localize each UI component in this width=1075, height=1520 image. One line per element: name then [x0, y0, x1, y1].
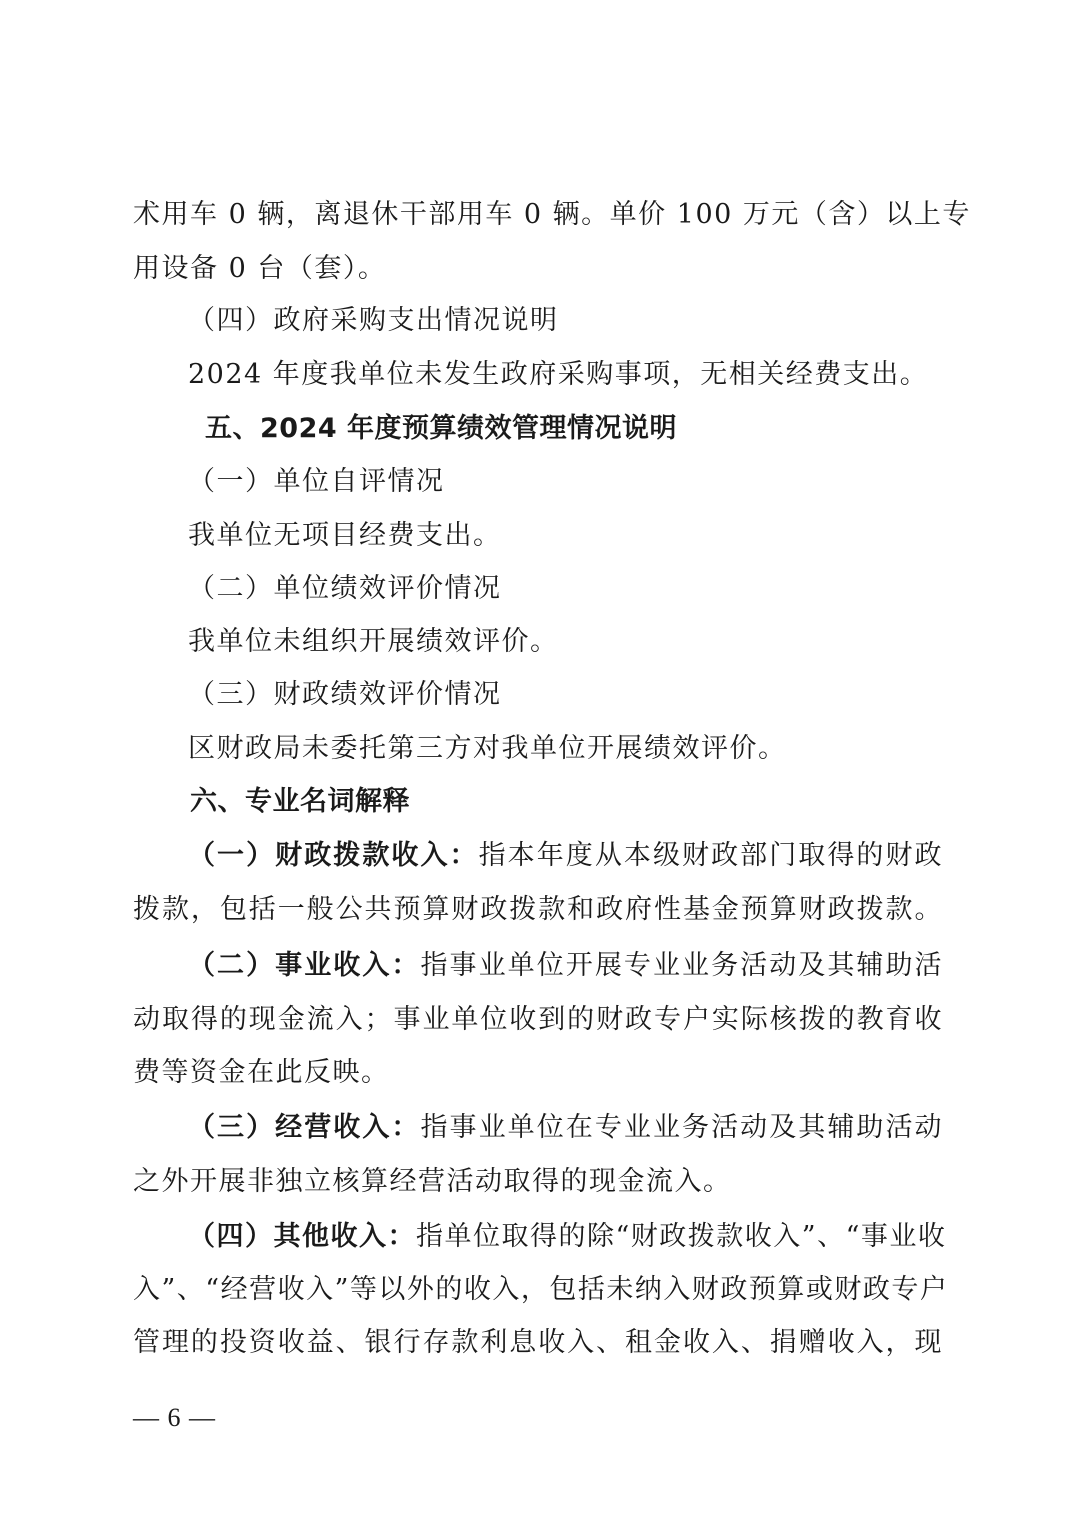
glossary-entry-business-income: （二）事业收入：指事业单位开展专业业务活动及其辅助活: [188, 946, 943, 986]
body-text-line: 我单位无项目经费支出。: [188, 516, 943, 556]
body-text-line: 拨款，包括一般公共预算财政拨款和政府性基金预算财政拨款。: [133, 890, 943, 930]
glossary-definition: 指事业单位在专业业务活动及其辅助活动: [420, 1112, 943, 1143]
body-text-line: 之外开展非独立核算经营活动取得的现金流入。: [133, 1162, 943, 1202]
body-text-line: 入”、“经营收入”等以外的收入，包括未纳入财政预算或财政专户: [133, 1270, 943, 1310]
glossary-term: （一）财政拨款收入：: [188, 840, 479, 871]
document-page: 术用车 0 辆，离退休干部用车 0 辆。单价 100 万元（含）以上专 用设备 …: [0, 0, 1075, 1520]
subsection-heading-fiscal-evaluation: （三）财政绩效评价情况: [188, 675, 943, 715]
glossary-term: （四）其他收入：: [188, 1221, 416, 1252]
subsection-heading-unit-evaluation: （二）单位绩效评价情况: [188, 569, 943, 609]
glossary-entry-fiscal-appropriation: （一）财政拨款收入：指本年度从本级财政部门取得的财政: [188, 836, 943, 876]
glossary-entry-operating-income: （三）经营收入：指事业单位在专业业务活动及其辅助活动: [188, 1108, 943, 1148]
subsection-heading-government-procurement: （四）政府采购支出情况说明: [188, 301, 943, 341]
body-text-line: 我单位未组织开展绩效评价。: [188, 622, 943, 662]
body-text-line: 2024 年度我单位未发生政府采购事项，无相关经费支出。: [188, 355, 943, 395]
body-text-line: 管理的投资收益、银行存款利息收入、租金收入、捐赠收入，现: [133, 1323, 943, 1363]
subsection-heading-self-evaluation: （一）单位自评情况: [188, 462, 943, 502]
section-heading-glossary: 六、专业名词解释: [190, 782, 1000, 822]
glossary-term: （三）经营收入：: [188, 1112, 420, 1143]
glossary-term: （二）事业收入：: [188, 950, 420, 981]
body-text-line: 术用车 0 辆，离退休干部用车 0 辆。单价 100 万元（含）以上专: [133, 195, 943, 235]
body-text-line: 区财政局未委托第三方对我单位开展绩效评价。: [188, 729, 943, 769]
body-text-line: 动取得的现金流入；事业单位收到的财政专户实际核拨的教育收: [133, 1000, 943, 1040]
glossary-definition: 指单位取得的除“财政拨款收入”、“事业收: [416, 1221, 946, 1252]
glossary-definition: 指本年度从本级财政部门取得的财政: [479, 840, 943, 871]
glossary-entry-other-income: （四）其他收入：指单位取得的除“财政拨款收入”、“事业收: [188, 1217, 943, 1257]
body-text-line: 费等资金在此反映。: [133, 1053, 943, 1093]
section-heading-performance-management: 五、2024 年度预算绩效管理情况说明: [205, 409, 1015, 449]
body-text-line: 用设备 0 台（套）。: [133, 249, 943, 289]
page-number: — 6 —: [133, 1398, 216, 1438]
glossary-definition: 指事业单位开展专业业务活动及其辅助活: [420, 950, 943, 981]
